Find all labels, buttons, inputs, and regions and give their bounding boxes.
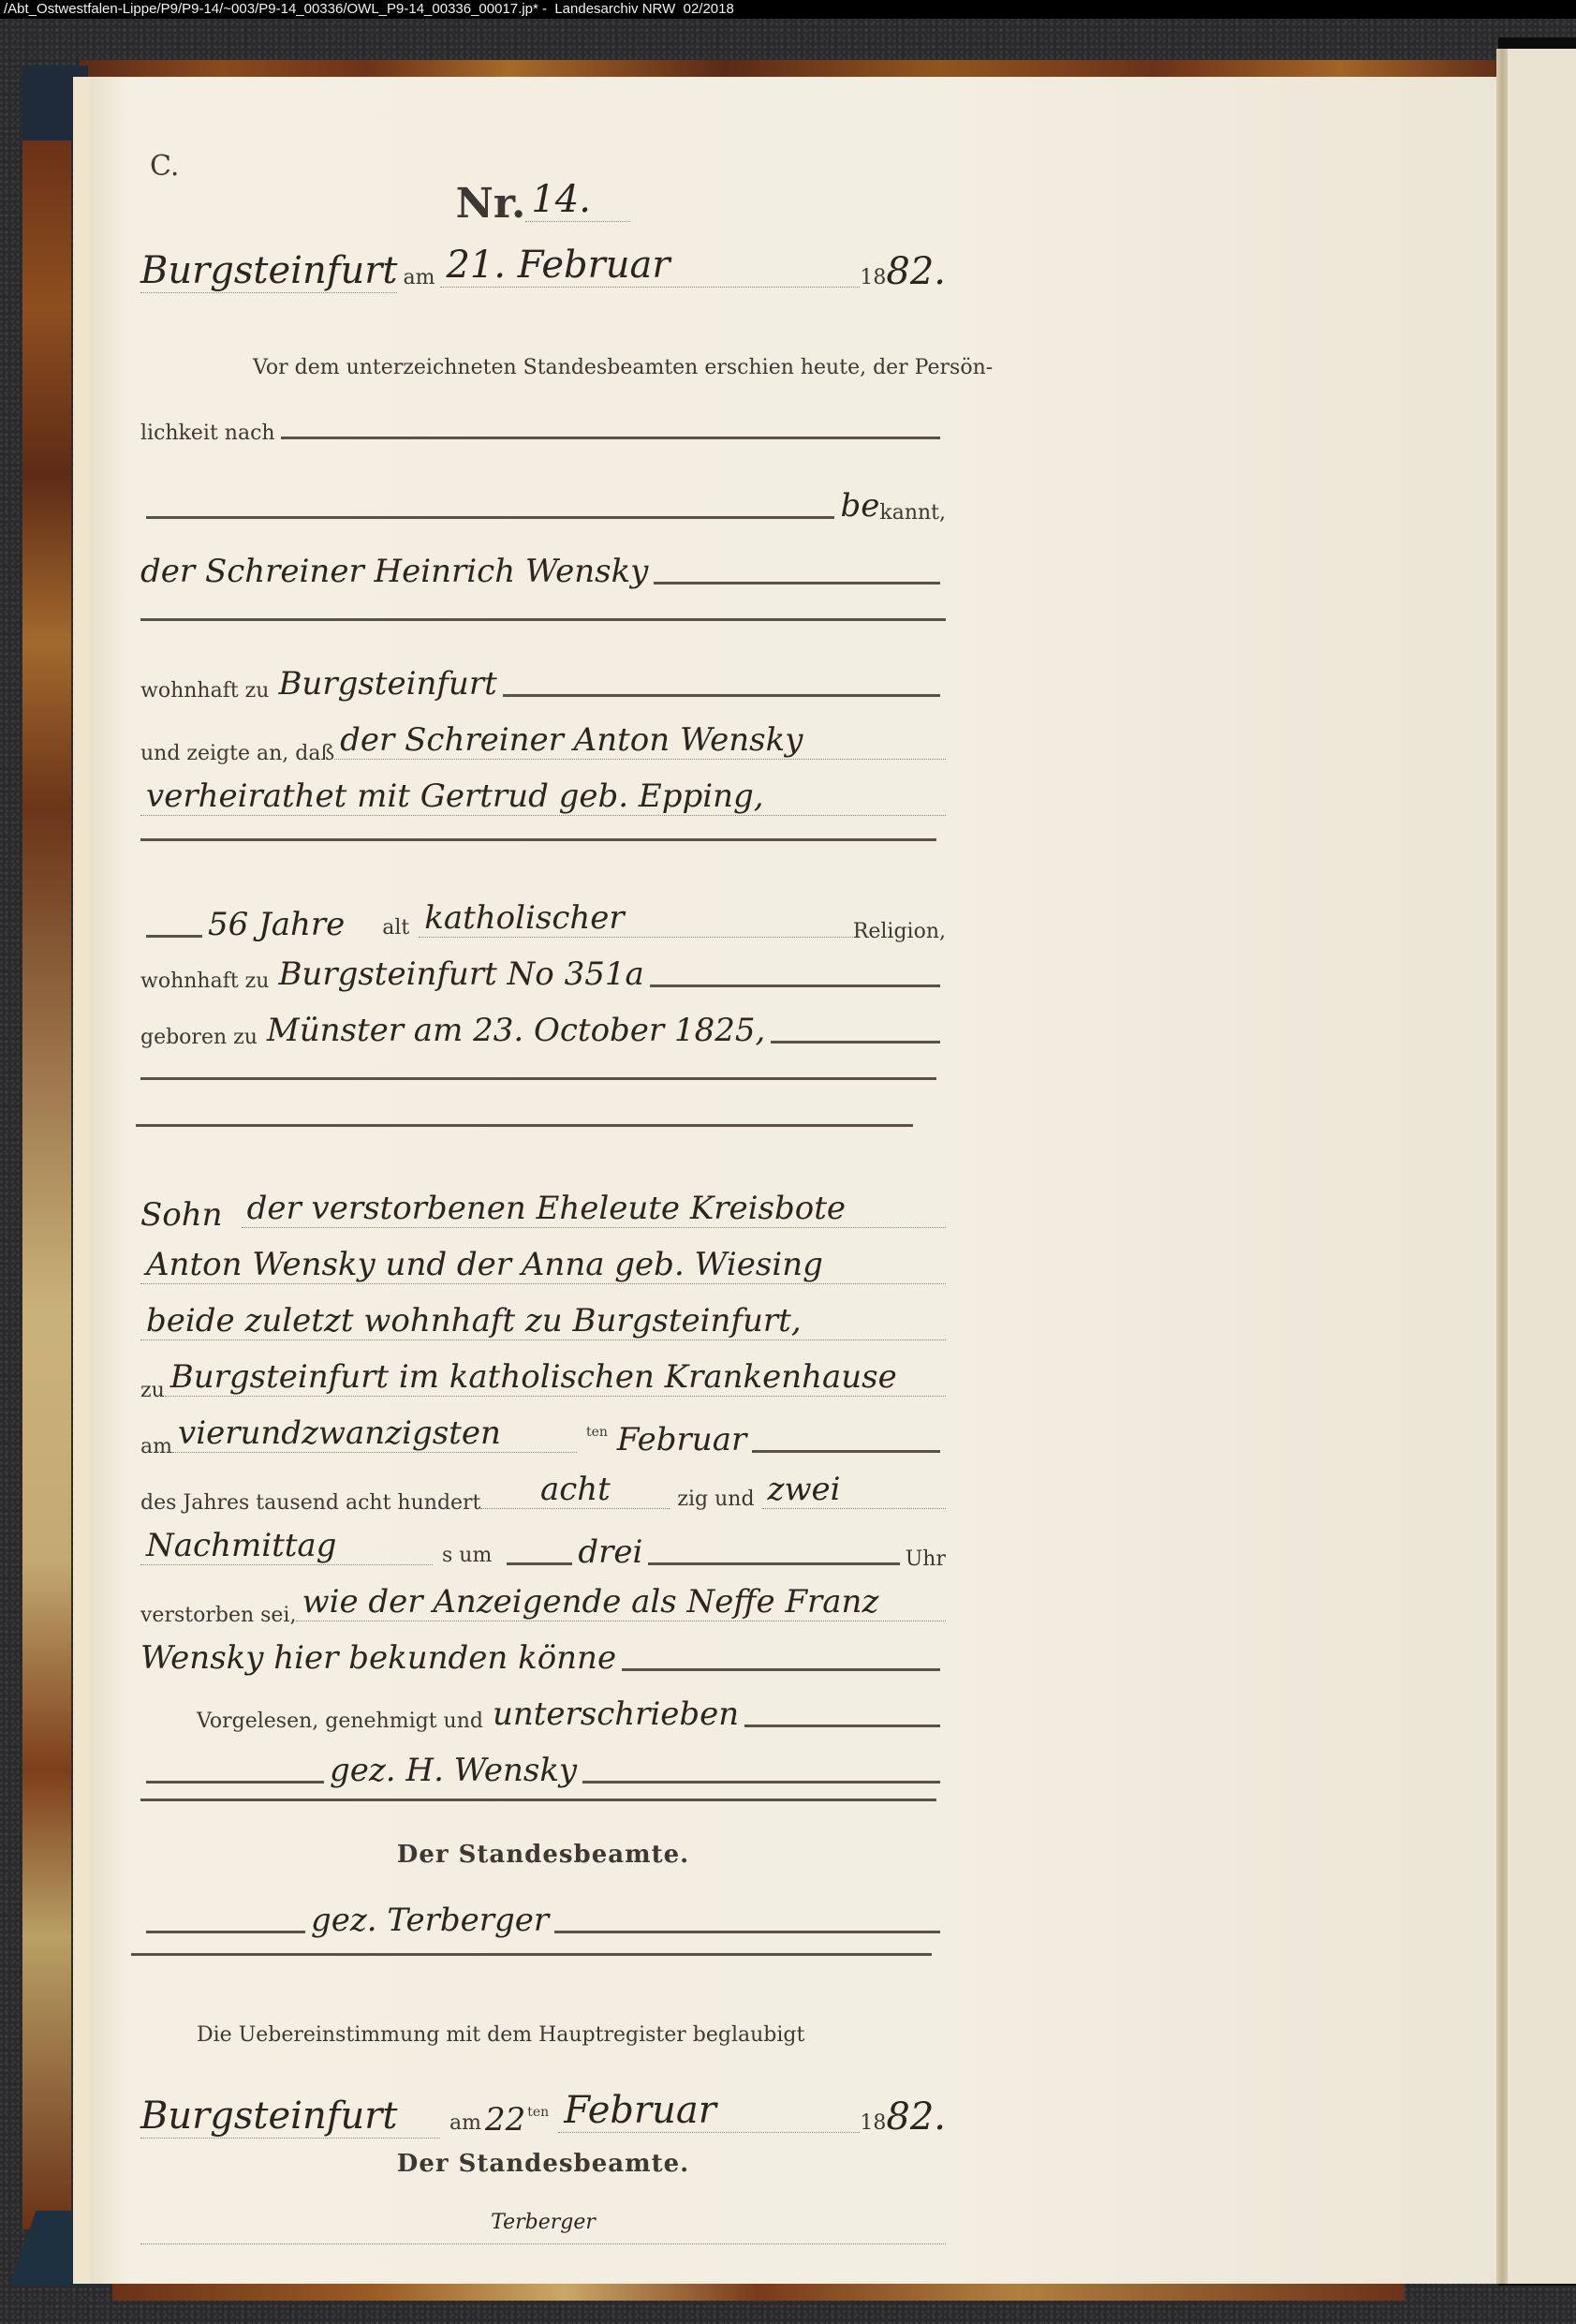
certify-place-date-row: Burgsteinfurt am 22 ten Februar 18 82. bbox=[140, 2089, 946, 2139]
certify-text: Die Uebereinstimmung mit dem Hauptregist… bbox=[140, 2023, 946, 2047]
parents-row-3: beide zuletzt wohnhaft zu Burgsteinfurt, bbox=[140, 1302, 946, 1346]
known-print: kannt, bbox=[879, 501, 946, 525]
born-label: geboren zu bbox=[140, 1026, 258, 1049]
intro-text-2: lichkeit nach bbox=[140, 422, 275, 445]
age-religion-row: 56 Jahre alt katholischer Religion, bbox=[140, 899, 946, 943]
ten-label: ten bbox=[586, 1425, 608, 1440]
window-title-bar: /Abt_Ostwestfalen-Lippe/P9/P9-14/~003/P9… bbox=[0, 0, 1576, 19]
known-row: be kannt, bbox=[140, 487, 946, 525]
certify-am-label: am bbox=[449, 2111, 481, 2135]
religion-value: katholischer bbox=[419, 899, 853, 938]
informant-name: der Schreiner Heinrich Wensky bbox=[140, 553, 648, 590]
facing-page-edge bbox=[1508, 49, 1576, 2284]
remark-line-2: Wensky hier bekunden könne bbox=[140, 1639, 616, 1677]
informant-row: der Schreiner Heinrich Wensky bbox=[140, 553, 946, 590]
death-day-row: am vierundzwanzigsten ten Februar bbox=[140, 1414, 946, 1458]
month-value: Februar bbox=[617, 1421, 746, 1458]
certify-heading: Der Standesbeamte. bbox=[140, 2150, 946, 2178]
remark-line-1: wie der Anzeigende als Neffe Franz bbox=[296, 1583, 946, 1621]
certify-signature-row: Terberger bbox=[140, 2211, 946, 2234]
son-label: Sohn bbox=[140, 1196, 223, 1234]
zig-label: zig und bbox=[677, 1488, 754, 1511]
registrar-heading: Der Standesbeamte. bbox=[140, 1841, 946, 1869]
parents-row-1: Sohn der verstorbenen Eheleute Kreisbote bbox=[140, 1190, 946, 1234]
certify-day: 22 bbox=[485, 2101, 525, 2139]
residence2-value: Burgsteinfurt No 351a bbox=[278, 955, 643, 993]
place-date-row: Burgsteinfurt am 21. Februar 18 82. bbox=[140, 244, 946, 293]
uhr-label: Uhr bbox=[906, 1547, 946, 1571]
hour-value: drei bbox=[578, 1533, 642, 1571]
death-time-row: Nachmittag s um drei Uhr bbox=[140, 1527, 946, 1571]
died-label: verstorben sei, bbox=[140, 1604, 296, 1627]
age-label: alt bbox=[382, 916, 409, 940]
announce-row: und zeigte an, daß der Schreiner Anton W… bbox=[140, 721, 946, 765]
place: Burgsteinfurt bbox=[140, 249, 397, 293]
certify-year-prefix: 18 bbox=[860, 2111, 886, 2135]
deceased-line-1: der Schreiner Anton Wensky bbox=[334, 721, 946, 760]
day-value: vierundzwanzigsten bbox=[172, 1414, 577, 1453]
intro-row-2: lichkeit nach bbox=[140, 422, 946, 445]
death-place-prefix: zu bbox=[140, 1379, 165, 1402]
certify-month: Februar bbox=[558, 2089, 860, 2133]
year-tens: acht bbox=[480, 1471, 670, 1509]
death-place-row: zu Burgsteinfurt im katholischen Kranken… bbox=[140, 1358, 946, 1402]
intro-text-1: Vor dem unterzeichneten Standesbeamten e… bbox=[140, 356, 946, 379]
read-approved-row: Vorgelesen, genehmigt und unterschrieben bbox=[140, 1695, 946, 1733]
deceased-line-2: verheirathet mit Gertrud geb. Epping, bbox=[140, 777, 946, 816]
entry-number-row: Nr. 14. bbox=[140, 178, 946, 228]
remark-row-2: Wensky hier bekunden könne bbox=[140, 1639, 946, 1677]
registrar-signature-row: gez. Terberger bbox=[140, 1902, 946, 1939]
read-label: Vorgelesen, genehmigt und bbox=[197, 1710, 483, 1733]
registrar-signature: gez. Terberger bbox=[311, 1902, 549, 1939]
residence2-row: wohnhaft zu Burgsteinfurt No 351a bbox=[140, 955, 946, 993]
certify-signature: Terberger bbox=[491, 2211, 596, 2234]
date: 21. Februar bbox=[440, 244, 860, 288]
day-label: am bbox=[140, 1435, 172, 1458]
year-text: des Jahres tausend acht hundert bbox=[140, 1491, 480, 1515]
parents-line-2: Anton Wensky und der Anna geb. Wiesing bbox=[140, 1246, 946, 1284]
year-units: zwei bbox=[762, 1471, 946, 1509]
informant-signature: gez. H. Wensky bbox=[330, 1752, 577, 1789]
residence-label: wohnhaft zu bbox=[140, 679, 269, 703]
born-row: geboren zu Münster am 23. October 1825, bbox=[140, 1012, 946, 1049]
informant-signature-row: gez. H. Wensky bbox=[140, 1752, 946, 1789]
born-value: Münster am 23. October 1825, bbox=[267, 1012, 765, 1049]
am-label: am bbox=[403, 266, 435, 289]
entry-number: 14. bbox=[525, 178, 630, 222]
died-row: verstorben sei, wie der Anzeigende als N… bbox=[140, 1583, 946, 1627]
parents-row-2: Anton Wensky und der Anna geb. Wiesing bbox=[140, 1246, 946, 1290]
parents-line-3: beide zuletzt wohnhaft zu Burgsteinfurt, bbox=[140, 1302, 946, 1340]
daytime-value: Nachmittag bbox=[140, 1527, 433, 1565]
year-suffix: 82. bbox=[886, 250, 946, 293]
death-year-row: des Jahres tausend acht hundert acht zig… bbox=[140, 1471, 946, 1515]
book-cover-bottom-edge bbox=[112, 2284, 1405, 2301]
s-um-label: s um bbox=[442, 1544, 492, 1567]
announce-label: und zeigte an, daß bbox=[140, 742, 334, 765]
certify-place: Burgsteinfurt bbox=[140, 2095, 440, 2139]
book-cover-left-edge bbox=[22, 141, 71, 2229]
parents-line-1: der verstorbenen Eheleute Kreisbote bbox=[242, 1190, 946, 1228]
number-label: Nr. bbox=[456, 180, 526, 228]
residence-value: Burgsteinfurt bbox=[278, 665, 496, 703]
page-fold bbox=[1496, 49, 1508, 2284]
deceased-row-2: verheirathet mit Gertrud geb. Epping, bbox=[140, 777, 946, 822]
residence-row: wohnhaft zu Burgsteinfurt bbox=[140, 665, 946, 703]
certify-ten-label: ten bbox=[527, 2105, 549, 2120]
certify-year-suffix: 82. bbox=[886, 2095, 946, 2139]
residence2-label: wohnhaft zu bbox=[140, 970, 269, 993]
year-prefix: 18 bbox=[860, 266, 886, 289]
religion-label: Religion, bbox=[853, 920, 946, 943]
known-hand: be bbox=[840, 487, 879, 525]
read-value: unterschrieben bbox=[493, 1695, 739, 1733]
age-value: 56 Jahre bbox=[208, 906, 345, 943]
death-place-value: Burgsteinfurt im katholischen Krankenhau… bbox=[165, 1358, 946, 1397]
